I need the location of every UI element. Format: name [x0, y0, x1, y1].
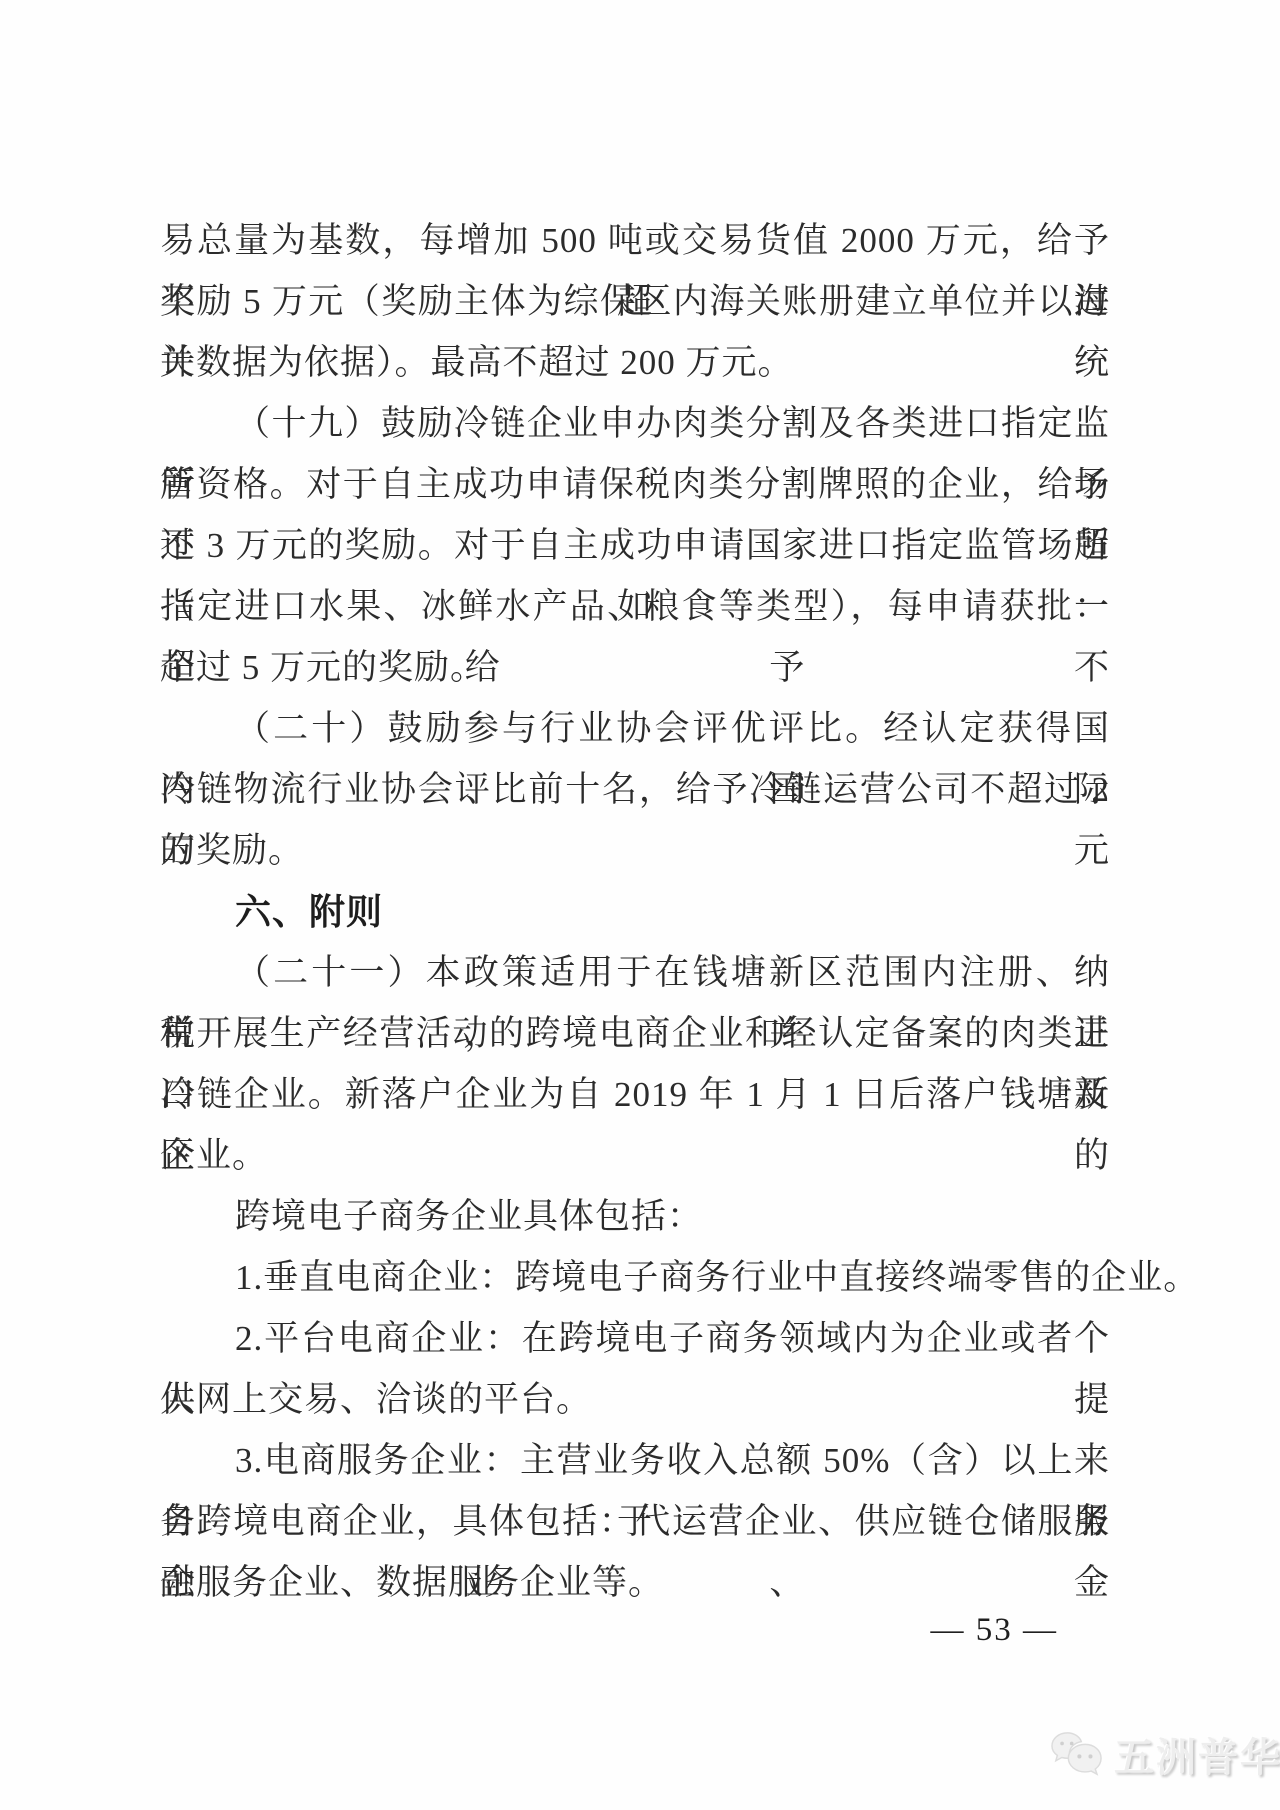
text-line: 所资格。对于自主成功申请保税肉类分割牌照的企业，给予不超: [160, 454, 1110, 515]
wechat-icon: [1048, 1729, 1106, 1781]
text-line: （十九）鼓励冷链企业申办肉类分割及各类进口指定监管场: [160, 393, 1110, 454]
text-line: 1.垂直电商企业：跨境电子商务行业中直接终端零售的企业。: [160, 1247, 1110, 1308]
text-line: 跨境电子商务企业具体包括：: [160, 1186, 1110, 1247]
watermark: 五洲普华: [1048, 1726, 1280, 1783]
document-body: 易总量为基数，每增加 500 吨或交易货值 2000 万元，给予不超过奖励 5 …: [160, 210, 1110, 1613]
text-line: 冷链企业。新落户企业为自 2019 年 1 月 1 日后落户钱塘新区的: [160, 1064, 1110, 1125]
page-number: — 53 —: [931, 1612, 1059, 1648]
text-line: 务跨境电商企业，具体包括：代运营企业、供应链仓储服务企业、金: [160, 1491, 1110, 1552]
section-heading: 六、附则: [160, 881, 1110, 942]
text-line: 易总量为基数，每增加 500 吨或交易货值 2000 万元，给予不超过: [160, 210, 1110, 271]
text-line: 常开展生产经营活动的跨境电商企业和经认定备案的肉类进口及: [160, 1003, 1110, 1064]
watermark-text: 五洲普华: [1114, 1726, 1280, 1783]
text-line: （二十一）本政策适用于在钱塘新区范围内注册、纳税，并正: [160, 942, 1110, 1003]
document-page: 易总量为基数，每增加 500 吨或交易货值 2000 万元，给予不超过奖励 5 …: [0, 0, 1280, 1810]
text-line: （二十）鼓励参与行业协会评优评比。经认定获得国内、国际: [160, 698, 1110, 759]
text-line: 过 3 万元的奖励。对于自主成功申请国家进口指定监管场所（如：: [160, 515, 1110, 576]
text-line: 2.平台电商企业：在跨境电子商务领域内为企业或者个人提: [160, 1308, 1110, 1369]
text-line: 冷链物流行业协会评比前十名，给予冷链运营公司不超过 2 万元: [160, 759, 1110, 820]
text-line: 指定进口水果、冰鲜水产品、粮食等类型），每申请获批一个给予不: [160, 576, 1110, 637]
text-line: 奖励 5 万元（奖励主体为综保区内海关账册建立单位并以海关统: [160, 271, 1110, 332]
text-line: 3.电商服务企业：主营业务收入总额 50%（含）以上来自于服: [160, 1430, 1110, 1491]
